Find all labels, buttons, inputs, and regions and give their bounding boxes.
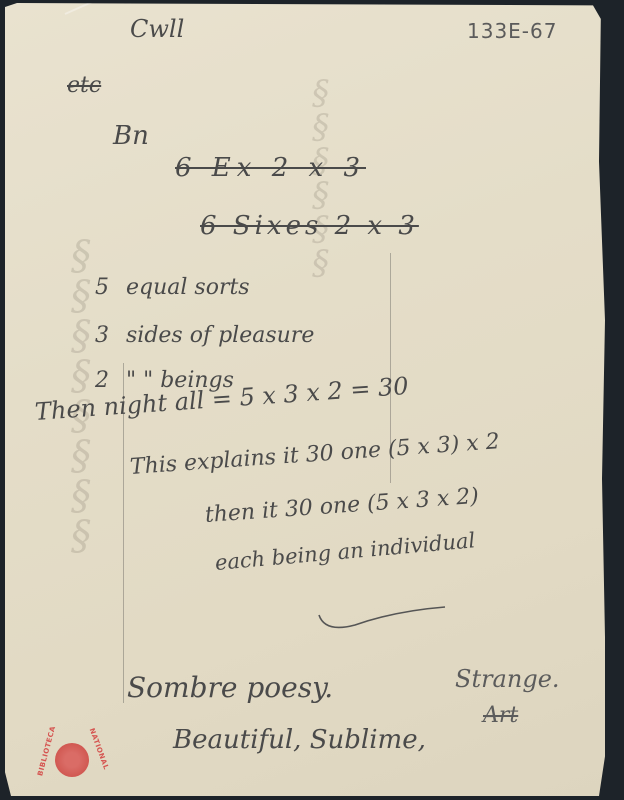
struck-line: 6 Sixes 2 x 3 — [200, 211, 419, 241]
list-number: 5 — [95, 275, 109, 300]
text-line: each being an individual — [214, 528, 476, 575]
list-item: 3 sides of pleasure — [95, 323, 314, 348]
list-text: sides of pleasure — [126, 323, 314, 348]
reference-number: 133E-67 — [467, 19, 557, 43]
struck-word: etc — [67, 73, 101, 98]
paper-crease — [65, 0, 450, 15]
heading: Cwll — [130, 15, 184, 43]
list-number: 3 — [95, 323, 109, 348]
stamp-text-left: BIBLIOTECA — [36, 725, 57, 777]
closing-line: Sombre poesy. — [127, 671, 333, 704]
list-number: 2 — [95, 368, 109, 393]
margin-note: Strange. — [455, 665, 560, 693]
struck-line: 6 Ex 2 x 3 — [175, 153, 366, 183]
stamp-text-right: NATIONAL — [88, 727, 111, 771]
library-stamp: BIBLIOTECA NATIONAL — [27, 721, 117, 791]
text-line: This explains it 30 one (5 x 3) x 2 — [129, 429, 500, 480]
list-text: equal sorts — [126, 275, 250, 300]
manuscript-page: §§§§§§§§ §§§§§§ Cwll 133E-67 etc Bn 6 Ex… — [5, 3, 605, 796]
text-line: then it 30 one (5 x 3 x 2) — [204, 484, 479, 528]
margin-word: Bn — [113, 121, 149, 151]
flourish-stroke — [315, 603, 455, 643]
closing-line: Beautiful, Sublime, — [173, 725, 426, 755]
list-item: 5 equal sorts — [95, 275, 250, 300]
struck-word: Art — [483, 703, 518, 728]
stamp-seal-icon — [55, 743, 89, 777]
